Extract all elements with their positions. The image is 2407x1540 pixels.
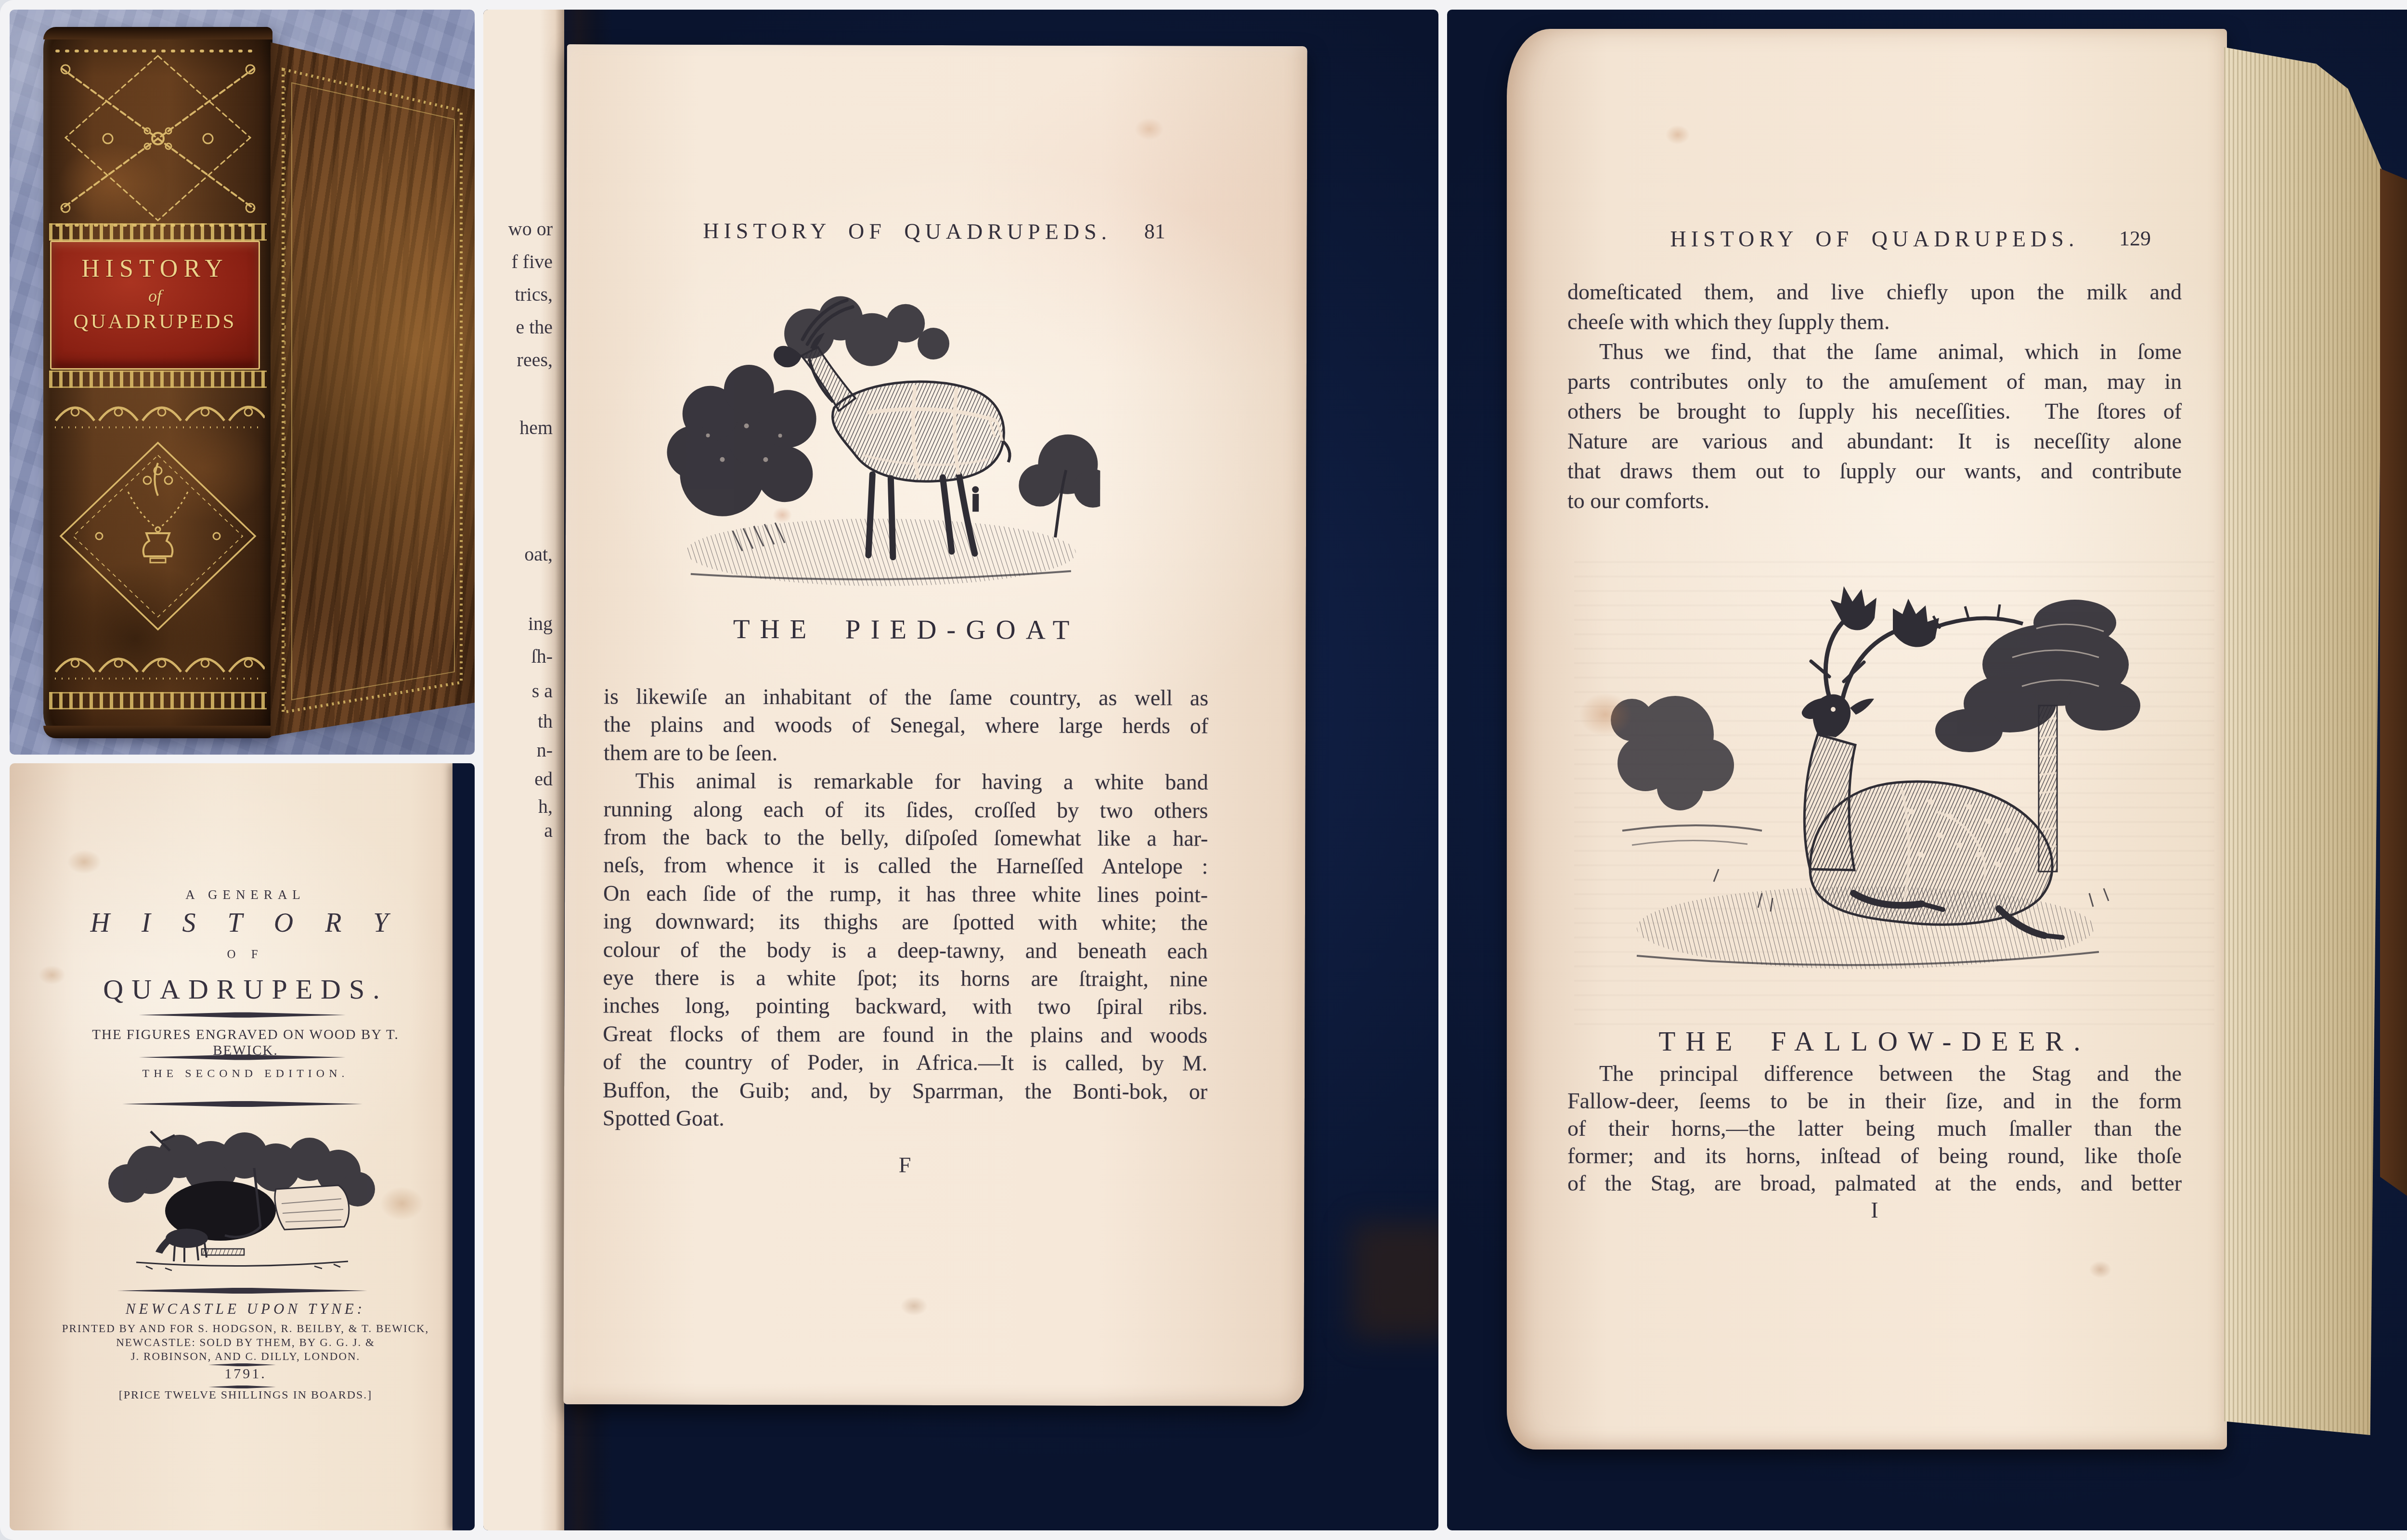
spine-headcap [43,27,272,39]
title-page-imprint-city: NEWCASTLE UPON TYNE: [58,1300,433,1318]
swelled-rule [117,1287,367,1295]
facing-page-text-fragment: n- [537,739,553,761]
text-line: running along each of its ſides, croſſed… [603,795,1208,825]
page-number: 129 [2119,226,2151,251]
gilt-border-roll [271,23,475,747]
photo-spine-binding: HISTORY of QUADRUPEDS [10,10,475,755]
text-line: from the back to the belly, diſpoſed ſom… [603,823,1208,853]
foxing-spot [773,507,792,523]
board-edge [2380,168,2407,1208]
gilt-chain-band [49,692,267,709]
text-line: Buffon, the Guib; and, by Sparrman, the … [603,1076,1207,1106]
text-line: that draws them out to ſupply our wants,… [1567,456,2182,486]
facing-page-text-fragment: ed [534,768,553,790]
book-front-board [271,23,475,747]
spine-title-line2: of [52,286,259,306]
facing-page-edge: wo or f five trics, e the rees, hem oat,… [483,10,564,1530]
text-line: colour of the body is a deep-tawny, and … [603,936,1208,965]
swelled-rule [122,1100,362,1108]
facing-page-text-fragment: oat, [524,543,553,565]
section-title-fallow-deer: THE FALLOW-DEER. [1567,1026,2182,1057]
page-81: HISTORY OF QUADRUPEDS. 81 [563,44,1307,1406]
photo-open-book-fallow-deer-page: HISTORY OF QUADRUPEDS. 129 domeſticated … [1447,10,2407,1530]
text-line: Thus we find, that the ſame animal, whic… [1567,337,2182,367]
facing-page-text-fragment: rees, [517,348,553,371]
text-line: Spotted Goat. [603,1104,1207,1134]
text-line: This animal is remarkable for having a w… [604,767,1208,796]
spine-title-line1: HISTORY [52,255,259,283]
body-text: domeſticated them, and live chiefly upon… [1567,277,2182,516]
photo-backdrop-edge [453,763,475,1530]
facing-page-text-fragment: e the [516,316,553,338]
facing-page-text-fragment: s a [532,680,553,702]
text-line: neſs, from whence it is called the Harne… [603,851,1208,881]
text-line: parts contributes only to the amuſement … [1567,367,2182,397]
gilt-chain-band [49,223,267,241]
title-page-quadrupeds-word: QUADRUPEDS. [58,973,433,1005]
title-page-imprint-line: PRINTED BY AND FOR S. HODGSON, R. BEILBY… [58,1322,433,1335]
running-head: HISTORY OF QUADRUPEDS. [1670,227,2079,251]
foxing-spot [39,965,65,985]
text-line: is likewiſe an inhabitant of the ſame co… [604,682,1208,712]
title-page-edition-line: THE SECOND EDITION. [58,1067,433,1080]
fore-edge-page-stack [2224,47,2383,1435]
gilt-scroll-frieze [51,642,265,682]
text-line: others be brought to ſupply his neceſſit… [1567,397,2182,426]
title-page-price-line: [PRICE TWELVE SHILLINGS IN BOARDS.] [58,1389,433,1402]
book-listing-photo-collage: HISTORY of QUADRUPEDS [0,0,2407,1540]
text-line: eye there is a white ſpot; its horns are… [603,963,1208,993]
title-page-imprint-line: NEWCASTLE: SOLD BY THEM, BY G. G. J. & [58,1335,433,1349]
swelled-rule [139,1054,346,1061]
gilt-scroll-frieze [51,391,265,431]
title-vignette-engraving [107,1122,377,1271]
gilt-diamond-urn-ornament [51,434,265,638]
spine-title-label: HISTORY of QUADRUPEDS [50,241,260,370]
gilt-chain-band [49,371,267,388]
section-title-pied-goat: THE PIED-GOAT [604,613,1208,646]
title-page-of-word: O F [58,948,433,962]
foxing-spot [1579,693,1632,736]
facing-page-text-fragment: ſh- [531,645,553,667]
text-line: cheeſe with which they ſupply them. [1567,307,2182,337]
title-page-series-line: A GENERAL [58,887,433,902]
foxing-spot [2089,1261,2111,1278]
facing-page-text-fragment: trics, [515,283,553,306]
text-line: Nature are various and abundant: It is n… [1567,426,2182,456]
text-line: of the Stag, are broad, palmated at the … [1567,1169,2182,1197]
signature-mark: F [603,1151,1207,1178]
body-text: The principal difference between the Sta… [1567,1060,2182,1197]
title-page-imprint-line: J. ROBINSON, AND C. DILLY, LONDON. [58,1349,433,1363]
photo-title-page: A GENERAL H I S T O R Y O F QUADRUPEDS. … [10,763,475,1530]
text-line: inches long, pointing backward, with two… [603,992,1207,1022]
facing-page-text-fragment: a [544,819,553,842]
facing-page-text-fragment: th [538,710,553,732]
foxing-spot [380,1187,424,1220]
text-line: Fallow-deer, ſeems to be in their ſize, … [1567,1087,2182,1115]
text-line: to our comforts. [1567,486,2182,516]
facing-page-text-fragment: wo or [508,218,553,240]
gilt-lattice-ornament [51,43,265,233]
foxing-spot [901,1296,928,1316]
text-line: On each ſide of the rump, it has three w… [603,879,1208,909]
facing-page-text-fragment: f five [511,250,553,273]
facing-page-text-fragment: ing [528,612,553,635]
fallow-deer-engraving [1603,561,2141,988]
text-line: former; and its horns, inſtead of being … [1567,1142,2182,1169]
spine-tailcap [43,726,272,738]
short-rule [208,1385,276,1389]
background-object [1352,1222,1438,1338]
text-line: Great flocks of them are found in the pl… [603,1020,1207,1050]
swelled-rule [139,1012,346,1018]
signature-mark: I [1567,1197,2182,1223]
text-line: of the country of Poder, in Africa.—It i… [603,1048,1207,1078]
running-head-row: HISTORY OF QUADRUPEDS. 81 [605,218,1210,244]
facing-page-text-fragment: hem [519,416,553,439]
text-line: ing downward; its thighs are ſpotted wit… [603,907,1208,937]
photo-open-book-pied-goat-page: wo or f five trics, e the rees, hem oat,… [483,10,1438,1530]
text-line: the plains and woods of Senegal, where l… [604,711,1208,741]
text-line: them are to be ſeen. [604,739,1208,769]
running-head-row: HISTORY OF QUADRUPEDS. 129 [1567,226,2182,252]
foxing-spot [67,850,101,874]
text-line: of their horns,—the latter being much ſm… [1567,1115,2182,1142]
running-head: HISTORY OF QUADRUPEDS. [703,218,1112,244]
page-number: 81 [1144,219,1165,244]
page-129: HISTORY OF QUADRUPEDS. 129 domeſticated … [1507,29,2227,1450]
text-line: domeſticated them, and live chiefly upon… [1567,277,2182,307]
body-text: is likewiſe an inhabitant of the ſame co… [603,682,1208,1134]
text-line: The principal difference between the Sta… [1567,1060,2182,1087]
facing-page-text-fragment: h, [538,795,553,818]
title-page-year: 1791. [58,1366,433,1382]
title-page-history-word: H I S T O R Y [58,908,433,938]
book-spine: HISTORY of QUADRUPEDS [43,27,272,738]
foxing-spot [1666,125,1690,144]
foxing-spot [1135,118,1164,140]
pied-goat-engraving [664,267,1101,593]
spine-title-line3: QUADRUPEDS [52,310,259,334]
